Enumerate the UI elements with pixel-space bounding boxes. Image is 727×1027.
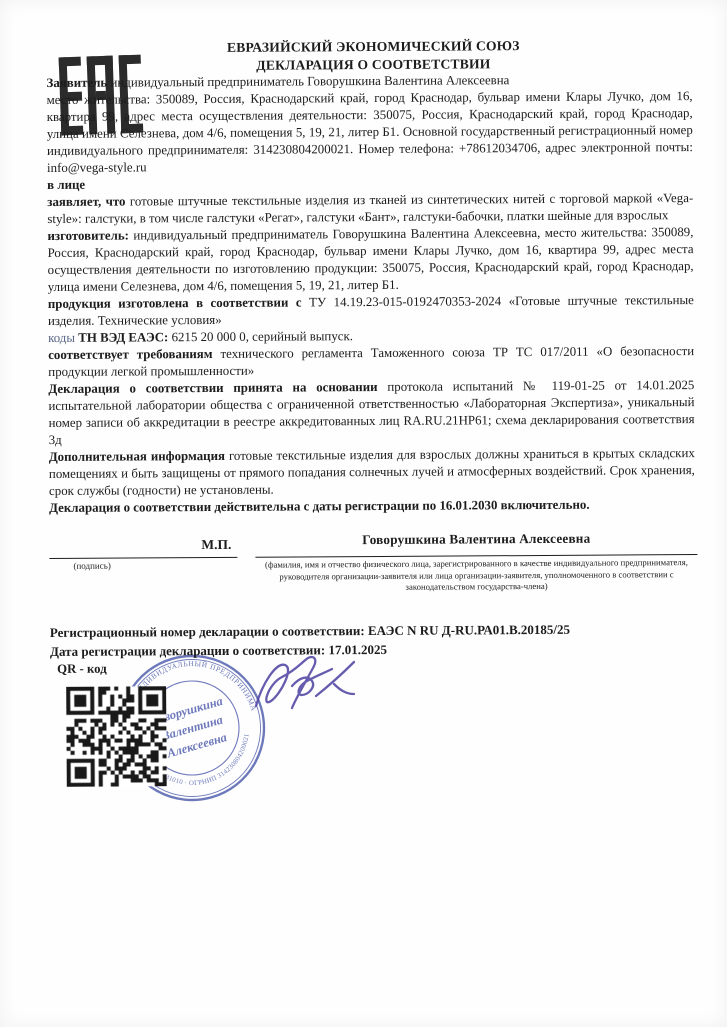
codes-prefix: коды: [48, 331, 75, 345]
applicant-intro: индивидуальный предприниматель Говорушки…: [110, 73, 509, 89]
applicant-label: Заявитель: [46, 76, 107, 90]
signature-caption: (подпись): [73, 561, 110, 571]
codes-compliance-paragraph: коды ТН ВЭД ЕАЭС: 6215 20 000 0, серийны…: [48, 326, 695, 449]
document-content: ЕВРАЗИЙСКИЙ ЭКОНОМИЧЕСКИЙ СОЮЗ ДЕКЛАРАЦИ…: [46, 0, 697, 787]
applicant-paragraph: Заявитель индивидуальный предприниматель…: [46, 71, 693, 228]
manufacturer-paragraph: изготовитель: индивидуальный предпринима…: [47, 224, 693, 296]
production-paragraph: продукция изготовлена в соответствии с Т…: [48, 292, 694, 330]
registration-number-value: ЕАЭС N RU Д-RU.РА01.В.20185/25: [368, 622, 570, 638]
additional-label: Дополнительная информация: [49, 449, 225, 464]
codes-label: ТН ВЭД ЕАЭС:: [78, 330, 168, 345]
qr-code-label: QR - код: [50, 658, 696, 677]
signature-line: [49, 557, 237, 559]
seal-place-label: М.П.: [201, 537, 231, 553]
declares-text: готовые штучные текстильные изделия из т…: [47, 191, 693, 226]
in-face-label: в лице: [47, 178, 85, 192]
registration-block: Регистрационный номер декларации о соотв…: [50, 620, 696, 661]
registration-number-label: Регистрационный номер декларации о соотв…: [50, 623, 365, 640]
signature-block: (подпись) М.П. Говорушкина Валентина Але…: [49, 526, 696, 622]
codes-text: 6215 20 000 0, серийный выпуск.: [172, 329, 353, 344]
document-title: ЕВРАЗИЙСКИЙ ЭКОНОМИЧЕСКИЙ СОЮЗ ДЕКЛАРАЦИ…: [158, 37, 588, 75]
signatory-name-caption: (фамилия, имя и отчество физического лиц…: [255, 557, 697, 594]
manufacturer-label: изготовитель:: [47, 228, 129, 242]
declaration-document: РОССИЯ ★ ИНДИВИДУАЛЬНЫЙ ПРЕДПРИНИМАТЕЛЬ …: [0, 0, 727, 1027]
compliance-label: соответствует требованиям: [48, 347, 212, 362]
basis-label: Декларация о соответствии принята на осн…: [48, 380, 377, 396]
production-label: продукция изготовлена в соответствии с: [48, 295, 302, 311]
validity-statement: Декларация о соответствии действительна …: [49, 498, 590, 515]
additional-info-paragraph: Дополнительная информация готовые тексти…: [49, 445, 695, 517]
qr-code-image: [66, 686, 167, 787]
declares-label: заявляет, что: [47, 195, 125, 209]
signature-scribble: [246, 650, 364, 732]
manufacturer-text: индивидуальный предприниматель Говорушки…: [48, 225, 694, 294]
registration-date-line: Дата регистрации декларации о соответств…: [50, 639, 696, 661]
applicant-body: место жительства: 350089, Россия, Красно…: [47, 89, 693, 175]
signatory-name: Говорушкина Валентина Алексеевна: [255, 530, 697, 549]
